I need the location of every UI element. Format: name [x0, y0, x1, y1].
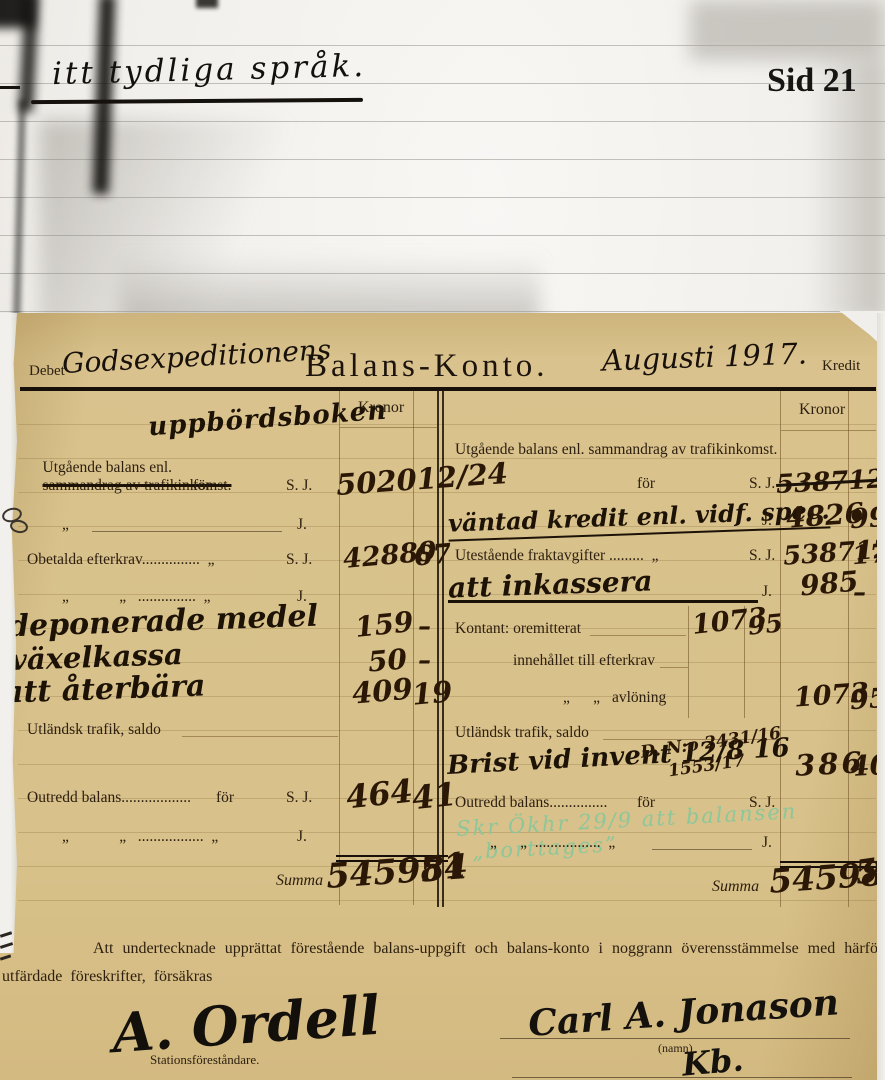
- right-r1-label: Utgående balans enl. sammandrag av trafi…: [455, 441, 777, 459]
- right-r12-line: [652, 849, 752, 850]
- left-r10-kr: 464: [344, 772, 414, 817]
- right-r3-j: J.: [762, 512, 772, 530]
- inner-subcol-line: [688, 606, 689, 718]
- left-r8-handwritten: att återbära: [3, 668, 206, 710]
- left-r10-ore: 41: [410, 775, 458, 817]
- right-r9-label: Utländsk trafik, saldo: [455, 724, 589, 742]
- right-r2-for: för: [637, 475, 655, 493]
- left-r10-for: för: [216, 789, 234, 807]
- right-r12-marks: „ „ ................. „: [490, 834, 615, 852]
- left-r3-mark: „: [62, 516, 69, 534]
- paper-crease-shadow: [690, 0, 885, 60]
- left-summa-label: Summa: [276, 872, 323, 890]
- left-r9-line: [182, 736, 338, 737]
- left-r10-label: Outredd balans..................: [27, 789, 191, 807]
- left-r2-sj: S. J.: [286, 477, 312, 495]
- right-r8-marks: „ „: [563, 689, 600, 707]
- debet-label: Debet: [29, 363, 65, 380]
- right-r4-label: Utestående fraktavgifter ......... „: [455, 547, 659, 565]
- right-r12-j: J.: [762, 834, 772, 852]
- right-r5-ore: –: [853, 578, 866, 608]
- left-r9-label: Utländsk trafik, saldo: [27, 721, 161, 739]
- signature-initials-line: [512, 1077, 852, 1078]
- corner-stain: [0, 0, 34, 28]
- right-r5-kr: 985: [799, 565, 860, 603]
- left-r11-j: J.: [297, 828, 307, 846]
- right-r7-label: innehållet till efterkrav: [513, 652, 655, 670]
- signature-name-line: [500, 1038, 850, 1039]
- kredit-label: Kredit: [822, 358, 860, 375]
- right-summa-label: Summa: [712, 878, 759, 896]
- white-edge-right: [877, 313, 885, 1080]
- left-r4-sj: S. J.: [286, 551, 312, 569]
- attestation-line2: utfärdade föreskrifter, försäkras: [2, 968, 212, 986]
- left-r8-kr: 409: [351, 671, 414, 710]
- left-r6-ore: –: [418, 612, 431, 642]
- left-r4-label: Obetalda efterkrav............... „: [27, 551, 215, 569]
- left-r11-marks: „ „ ................. „: [62, 828, 218, 846]
- left-r3-j: J.: [297, 516, 307, 534]
- left-r6-kr: 159: [353, 605, 415, 644]
- right-r6-line: [590, 635, 686, 636]
- form-title: Balans-Konto.: [305, 348, 549, 385]
- right-r5-j: J.: [762, 583, 772, 601]
- right-r5-line: [448, 600, 758, 603]
- right-r6-label: Kontant: oremitterat: [455, 620, 581, 638]
- right-r7-line: [660, 667, 688, 668]
- margin-dash: [0, 86, 20, 89]
- left-r7-ore: –: [418, 646, 431, 676]
- right-r4-sj: S. J.: [749, 547, 775, 565]
- right-kronor-header: Kronor: [799, 401, 845, 419]
- left-r8-ore: 19: [411, 674, 454, 711]
- header-rule: [20, 387, 876, 391]
- attestation-line1: Att undertecknade upprättat förestående …: [93, 940, 883, 958]
- right-r6-ore: 95: [747, 608, 785, 640]
- left-r2-for: för: [193, 477, 211, 495]
- right-amount-col-line: [780, 391, 781, 907]
- torn-white-edge-left: [0, 313, 17, 953]
- left-summa-ore: 51: [417, 845, 469, 891]
- period-handwritten: Augusti 1917.: [601, 336, 807, 377]
- left-r10-sj: S. J.: [286, 789, 312, 807]
- right-r8-label: avlöning: [612, 689, 666, 707]
- page-number: Sid 21: [767, 62, 857, 100]
- stationmaster-title: Stationsföreståndare.: [150, 1052, 259, 1068]
- right-kronor-underline: [781, 430, 876, 431]
- document-scan: itt tydliga språk. Sid 21 Debet Godsexpe…: [0, 0, 885, 1080]
- right-r2-sj: S. J.: [749, 475, 775, 493]
- left-r4-ore: 67: [413, 538, 453, 572]
- edge-speck: [196, 0, 218, 8]
- left-r1-text: Utgående balans enl.: [43, 459, 173, 476]
- signature-initials: Kb.: [680, 1040, 744, 1080]
- left-r3-line: [92, 531, 282, 532]
